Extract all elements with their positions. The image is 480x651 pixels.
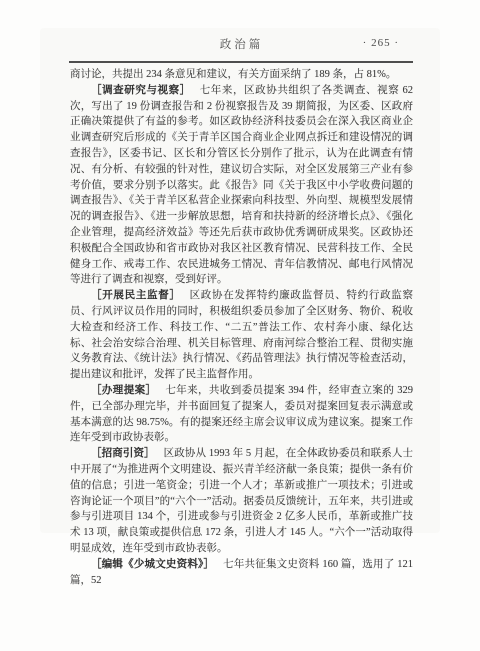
section-entry-label: ［开展民主监督］ [91,289,181,301]
paragraph-text: 区政协从 1993 年 5 月起，在全体政协委员和联系人士中开展了“为推进两个文… [70,448,413,554]
paragraph: ［招商引资］区政协从 1993 年 5 月起，在全体政协委员和联系人士中开展了“… [70,446,413,557]
scanned-book-page: 政治篇 · 265 · 商讨论，共提出 234 条意见和建议，有关方面采纳了 1… [0,0,480,651]
section-entry-label: ［编辑《少城文史资料》］ [91,558,214,570]
section-entry-label: ［招商引资］ [91,447,155,459]
paragraph-text: 七年来，区政协共组织了各类调查、视察 62 次，写出了 19 份调查报告和 2 … [70,85,413,286]
section-title: 政治篇 [70,36,413,52]
section-entry-label: ［调查研究与视察］ [91,84,191,96]
paragraph-text: 商讨论，共提出 234 条意见和建议，有关方面采纳了 189 条，占 81%。 [70,69,396,80]
paragraph-text: 区政协在发挥特约廉政监督员、特约行政监察员、行风评议员作用的同时，积极组织委员参… [70,290,413,380]
section-entry-label: ［办理提案］ [91,384,156,396]
running-header: 政治篇 · 265 · [70,32,413,58]
body-text-column: 商讨论，共提出 234 条意见和建议，有关方面采纳了 189 条，占 81%。 … [70,67,413,588]
paragraph: ［调查研究与视察］七年来，区政协共组织了各类调查、视察 62 次，写出了 19 … [70,83,413,288]
page-number: · 265 · [363,37,399,49]
paragraph: ［编辑《少城文史资料》］七年共征集文史资料 160 篇，选用了 121 篇，52 [70,557,413,589]
paragraph: ［办理提案］七年来，共收到委员提案 394 件，经审查立案的 329 件，已全部… [70,383,413,446]
paragraph-continuation: 商讨论，共提出 234 条意见和建议，有关方面采纳了 189 条，占 81%。 [70,67,413,83]
header-rule [69,61,413,63]
paragraph: ［开展民主监督］区政协在发挥特约廉政监督员、特约行政监察员、行风评议员作用的同时… [70,288,413,383]
